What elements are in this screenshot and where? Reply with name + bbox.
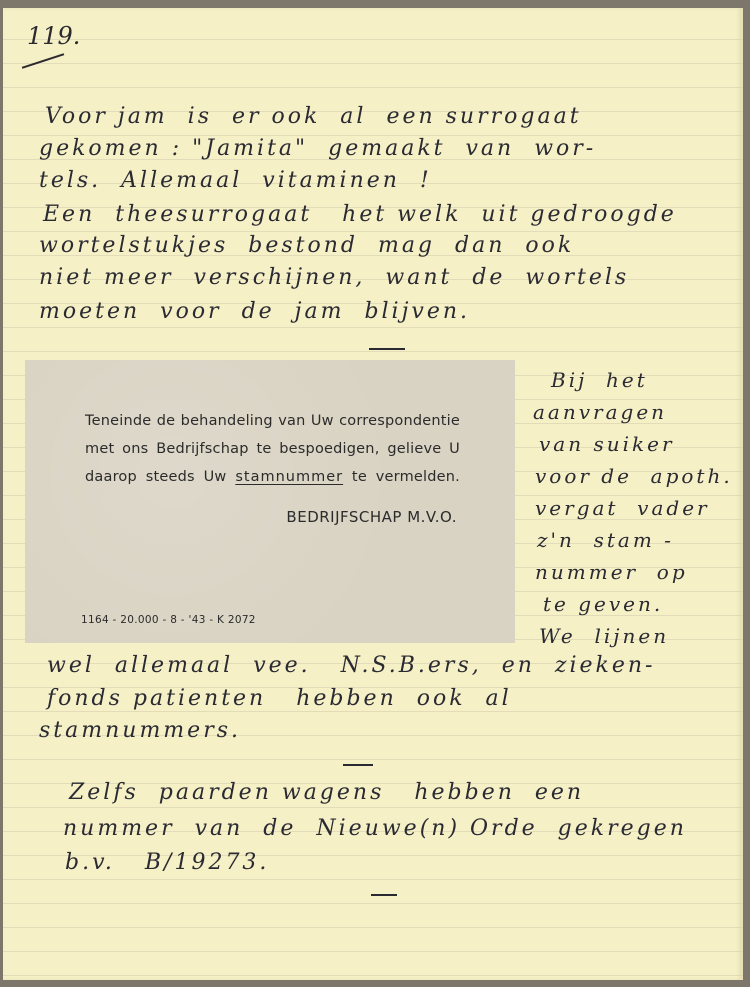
card-text-segment: daarop steeds Uw bbox=[85, 469, 235, 485]
paragraph4-line: Zelfs paarden wagens hebben een bbox=[69, 780, 584, 805]
card-text-line: met ons Bedrijfschap te bespoedigen, gel… bbox=[85, 441, 460, 457]
paragraph4-line: b.v. B/19273. bbox=[65, 850, 269, 875]
section-divider bbox=[371, 894, 397, 896]
card-text-line: Teneinde de behandeling van Uw correspon… bbox=[85, 413, 460, 429]
side-note-line: Bij het bbox=[551, 368, 648, 392]
side-note-line: van suiker bbox=[539, 432, 675, 456]
notebook-page: 119. Voor jam is er ook al een surrogaat… bbox=[3, 8, 743, 980]
stamnummer-underlined: stamnummer bbox=[235, 469, 343, 485]
paragraph3-line: stamnummers. bbox=[39, 718, 241, 743]
side-note-line: aanvragen bbox=[533, 400, 667, 424]
paragraph2-line: wortelstukjes bestond mag dan ook bbox=[39, 233, 574, 258]
paragraph3-line: wel allemaal vee. N.S.B.ers, en zieken- bbox=[47, 653, 656, 678]
side-note-line: z'n stam - bbox=[537, 528, 674, 552]
side-note-line: vergat vader bbox=[535, 496, 710, 520]
paragraph1-line: tels. Allemaal vitaminen ! bbox=[39, 168, 432, 193]
side-note-line: nummer op bbox=[535, 560, 688, 584]
card-text-segment: te vermelden. bbox=[343, 469, 460, 485]
card-print-code: 1164 - 20.000 - 8 - '43 - K 2072 bbox=[81, 614, 256, 626]
side-note-line: te geven. bbox=[543, 592, 663, 616]
section-divider bbox=[369, 348, 405, 350]
paragraph4-line: nummer van de Nieuwe(n) Orde gekregen bbox=[63, 816, 687, 841]
paragraph1-line: gekomen : "Jamita" gemaakt van wor- bbox=[39, 136, 596, 161]
page-number: 119. bbox=[27, 22, 80, 50]
paragraph2-line: niet meer verschijnen, want de wortels bbox=[39, 265, 629, 290]
page-number-underline bbox=[22, 53, 64, 68]
paragraph2-line: moeten voor de jam blijven. bbox=[39, 299, 470, 324]
section-divider bbox=[343, 764, 373, 766]
pasted-printed-card: Teneinde de behandeling van Uw correspon… bbox=[25, 360, 515, 643]
paragraph3-line: fonds patienten hebben ook al bbox=[47, 686, 512, 711]
paragraph2-line: Een theesurrogaat het welk uit gedroogde bbox=[43, 202, 677, 227]
card-organization: BEDRIJFSCHAP M.V.O. bbox=[286, 508, 457, 526]
side-note-line: We lijnen bbox=[539, 624, 669, 648]
side-note-line: voor de apoth. bbox=[535, 464, 733, 488]
card-text-line: daarop steeds Uw stamnummer te vermelden… bbox=[85, 469, 460, 485]
paragraph1-line: Voor jam is er ook al een surrogaat bbox=[45, 104, 582, 129]
